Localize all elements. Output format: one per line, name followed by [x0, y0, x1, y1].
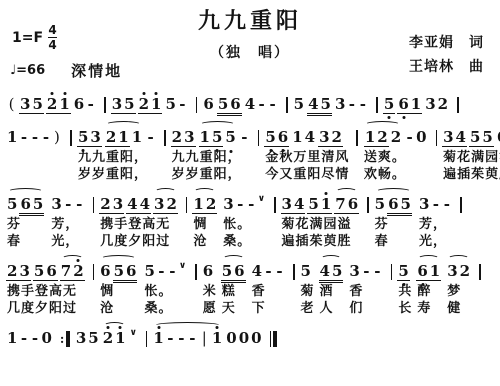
measure-unit: 32梦健 [445, 253, 472, 317]
dash: - [187, 330, 198, 347]
notes-line: 235672 [5, 253, 86, 283]
music-system-3: 565芬春3--芳，光，234432携手登高无几度夕阳过12惆沧3--∨怅。桑。… [5, 186, 495, 250]
measure-unit: 23155-九九重阳，岁岁重阳， [170, 119, 251, 183]
note: 3 [50, 196, 62, 213]
note: 2 [6, 263, 18, 280]
dash: - [63, 196, 74, 213]
lyric-line-verse-2: 欢畅。 [362, 166, 429, 183]
bar-line [376, 97, 378, 113]
note: 1 [152, 330, 164, 347]
bar-line [186, 197, 188, 213]
dash: - [167, 263, 178, 280]
notes-line: 3--∨ [221, 186, 267, 216]
dash: - [85, 96, 96, 113]
note-group: 51 [307, 196, 332, 214]
note-group: 44 [126, 196, 151, 214]
note: 3 [281, 196, 293, 213]
parenthesis: ( [6, 96, 17, 113]
measure-unit: (35216- [5, 86, 97, 116]
bar-line [479, 264, 481, 280]
measure-unit: 234432携手登高无几度夕阳过 [98, 186, 179, 250]
lyric-line-verse-2: 天 [220, 300, 247, 317]
credits: 李亚娟 词 王培林 曲 [409, 32, 484, 80]
note: 2 [165, 196, 177, 213]
lyric-line-verse-2: 几度夕阳过 [98, 233, 179, 250]
note: 1 [6, 129, 18, 146]
note: 3 [442, 129, 454, 146]
note: 3 [19, 96, 31, 113]
measure-unit: 12惆沧 [191, 186, 218, 250]
dash: - [165, 330, 176, 347]
notes-line: 3-- [347, 253, 383, 283]
measure-unit: 35215- [110, 86, 189, 116]
note: 4 [319, 263, 331, 280]
note: 2 [459, 263, 471, 280]
note: 5 [211, 129, 223, 146]
breath-mark: ∨ [178, 262, 187, 280]
note: 3 [183, 129, 195, 146]
note-group: - [239, 129, 250, 146]
note: 5 [31, 96, 43, 113]
dash: - [18, 330, 29, 347]
measure-unit: 3--∨怅。桑。 [221, 186, 267, 250]
slur-group: 155 [198, 129, 237, 147]
notes-line: 53211- [76, 119, 157, 149]
measure-unit: 56糕天 [220, 253, 247, 317]
note: 1 [320, 196, 332, 213]
lyric-line-verse-2: 老 [299, 300, 315, 317]
bar-line [356, 130, 358, 146]
expression-marking: 深情地 [71, 60, 122, 81]
note: 5 [469, 129, 481, 146]
measure-unit: 5--∨怅。桑。 [142, 253, 188, 317]
lyric-line-verse-2: 愿 [201, 300, 217, 317]
note: 1 [429, 263, 441, 280]
note-group: 5 [293, 96, 305, 113]
note-group: 61 [397, 96, 422, 114]
notes-line: 12 [191, 186, 218, 216]
dash: - [274, 263, 285, 280]
note-group: 56 [264, 129, 289, 147]
notes-line: 1---) [5, 119, 63, 149]
music-system-5: 1--0:3521∨1---|1000 [5, 320, 495, 350]
bar-line [164, 130, 166, 146]
dash: - [239, 129, 250, 146]
score: (35216-35215-6564--5453--561321---)53211… [0, 84, 500, 350]
dash: - [145, 129, 156, 146]
notes-line: 32 [445, 253, 472, 283]
note: 5 [87, 330, 99, 347]
note: 4 [251, 263, 263, 280]
music-system-1: (35216-35215-6564--5453--56132 [5, 86, 495, 116]
note: 3 [418, 196, 430, 213]
note: 5 [374, 196, 386, 216]
note: 5 [293, 96, 305, 113]
note: 0 [225, 330, 237, 347]
note-group: 23 [171, 129, 196, 147]
lyric-line-verse-1: 芳， [417, 216, 453, 233]
note-group: 32 [424, 96, 449, 113]
note: 6 [19, 196, 31, 213]
note: 1 [199, 129, 211, 146]
note: 1 [364, 129, 376, 146]
note: 2 [205, 196, 217, 213]
notes-line: 5 [396, 253, 412, 283]
note-group: 3-- [50, 196, 84, 213]
lyric-line-verse-2: 长 [396, 300, 412, 317]
note-group: 5 [397, 263, 409, 281]
note: 6 [496, 129, 500, 146]
lyric-line-verse-1: 米 [201, 283, 217, 300]
note: 2 [138, 96, 150, 113]
note: 4 [455, 129, 467, 146]
notes-line: 5453-- [292, 86, 370, 116]
lyric-line-verse-1: 九九重阳， [170, 149, 251, 166]
note-group: 34 [442, 129, 467, 147]
measure-unit: 6米愿 [201, 253, 217, 317]
note-group: 35 [111, 96, 136, 114]
dash: - [18, 129, 29, 146]
note: 0 [40, 330, 52, 347]
dash: - [246, 196, 257, 213]
note-group: 5 [300, 263, 312, 280]
note: 6 [397, 96, 409, 113]
dash: - [430, 196, 441, 213]
note-group: 21 [46, 96, 71, 114]
dash: - [29, 330, 40, 347]
lyric-line-verse-1: 怅。 [142, 283, 188, 300]
measure-unit: 4--香下 [250, 253, 286, 317]
note-group: 45 [307, 96, 332, 116]
lyric-line-verse-1: 酒 [318, 283, 345, 300]
note: 3 [348, 263, 360, 280]
lyric-line-verse-1: 糕 [220, 283, 247, 300]
note: 5 [400, 196, 412, 213]
note-group: 5 [383, 96, 395, 114]
bar-line [93, 264, 95, 280]
note-group: 65 [387, 196, 412, 216]
note-group: 6 [202, 96, 214, 113]
note: 1 [291, 129, 303, 146]
lyric-line-verse-1: 香 [250, 283, 286, 300]
note: 3 [446, 263, 458, 280]
note-group: 3-- [418, 196, 452, 213]
measure-unit: 3--芳，光， [49, 186, 85, 250]
note: 5 [33, 263, 45, 280]
slur-group: 656 [99, 263, 138, 283]
note-group: 3-- [348, 263, 382, 280]
tempo-marking: ♩=66 [10, 63, 45, 78]
slur-group: 122 [363, 129, 402, 147]
note: 6 [233, 263, 245, 280]
bar-line [460, 197, 462, 213]
measure-unit: 5菊老 [299, 253, 315, 317]
breath-mark: ∨ [129, 329, 138, 338]
notes-line: (35216- [5, 86, 97, 116]
note: 5 [397, 263, 409, 280]
dash: - [267, 96, 278, 113]
dash: - [176, 330, 187, 347]
slur-group: 61 [416, 263, 441, 281]
notes-line: 561432 [263, 119, 349, 149]
notes-line: 6 [201, 253, 217, 283]
note: 2 [105, 129, 117, 146]
note-group: 15 [199, 129, 224, 147]
measure-unit: 34556菊花满园溢遍插茱萸胜 [441, 119, 500, 183]
note: 4 [304, 129, 316, 146]
bar-line [104, 97, 106, 113]
bar-line [195, 264, 197, 280]
note: 4 [139, 196, 151, 213]
note: 3 [89, 129, 101, 146]
slur-group: 1---|1 [152, 330, 223, 347]
lyric-line-verse-1: 香 [347, 283, 383, 300]
note: 2 [102, 330, 114, 347]
lyric-line-verse-1: 送爽。 [362, 149, 429, 166]
dash: - [357, 96, 368, 113]
measure-unit: 561432金秋万里清风今又重阳尽情 [263, 119, 349, 183]
note-group: 56 [217, 96, 242, 116]
note: 1 [211, 330, 223, 347]
bar-line [286, 97, 288, 113]
note: 6 [202, 96, 214, 113]
note: 6 [347, 196, 359, 213]
note: 7 [60, 263, 72, 280]
measure-unit: 565芬春 [5, 186, 46, 250]
lyric-line-verse-1: 携手登高无 [98, 216, 179, 233]
notes-line: 122-0 [362, 119, 429, 149]
repeat-bar-line: : [60, 331, 70, 347]
note: 6 [416, 263, 428, 280]
measure-unit: 345176菊花满园溢遍插茱萸胜 [280, 186, 361, 250]
note-group: 53 [77, 129, 102, 147]
note: 3 [112, 196, 124, 213]
measure-unit: 5共长 [396, 253, 412, 317]
bar-line [367, 197, 369, 213]
breath-mark: ∨ [257, 195, 266, 213]
note: 3 [334, 96, 346, 113]
bar-line [258, 130, 260, 146]
notes-line: 45 [318, 253, 345, 283]
note: 5 [481, 129, 493, 146]
notes-line: 1--0 [5, 320, 54, 350]
lyric-line-verse-2: 沧 [98, 300, 139, 317]
lyric-line-verse-1: 菊花满园溢 [441, 149, 500, 166]
note-group: 23 [99, 196, 124, 214]
note: 2 [72, 263, 84, 280]
note-group: -0 [404, 129, 427, 146]
dash: - [74, 196, 85, 213]
note-group: 35 [19, 96, 44, 114]
thick-bar [66, 331, 70, 347]
note-group: 3-- [334, 96, 368, 113]
bar-line [93, 197, 95, 213]
notes-line: 1---|1000 [151, 320, 263, 350]
dash: - [263, 263, 274, 280]
note: 1 [6, 330, 18, 347]
lyric-line-verse-1: 携手登高无 [5, 283, 86, 300]
lyric-line-verse-2 [5, 166, 63, 183]
note-group: 4-- [251, 263, 285, 280]
note-group: 5- [164, 96, 187, 113]
notes-line: 6564-- [201, 86, 279, 116]
note: 2 [331, 129, 343, 146]
measure-unit: 5453-- [292, 86, 370, 116]
bar-line [391, 264, 393, 280]
bar-line [274, 197, 276, 213]
note: 4 [293, 196, 305, 213]
note-group: 35 [75, 330, 100, 347]
lyric-line-verse-2: 沧 [191, 233, 218, 250]
bar-line [146, 331, 148, 347]
note: 5 [307, 196, 319, 213]
note: 0 [250, 330, 262, 347]
dash: - [346, 96, 357, 113]
note: 6 [125, 263, 137, 280]
note: 3 [318, 129, 330, 146]
note: 1 [117, 129, 129, 146]
music-system-2: 1---)53211-九九重阳，岁岁重阳，23155-九九重阳，岁岁重阳，561… [5, 119, 495, 183]
lyric-line-verse-1: 梦 [445, 283, 472, 300]
note-group: 14 [291, 129, 316, 146]
notes-line: 34556 [441, 119, 500, 149]
note: 2 [390, 129, 402, 147]
notes-line: 35215- [110, 86, 189, 116]
music-system-4: 235672携手登高无几度夕阳过656惆沧5--∨怅。桑。6米愿56糕天4--香… [5, 253, 495, 317]
note: 5 [320, 96, 332, 113]
notes-line: 3521∨ [74, 320, 139, 350]
lyric-line-verse-2: 健 [445, 300, 472, 317]
measure-unit: 1--0 [5, 320, 54, 350]
note: 5 [123, 96, 135, 113]
note: 6 [277, 129, 289, 146]
note-group: 6 [496, 129, 500, 146]
lyric-line-verse-1: 惆 [98, 283, 139, 300]
bar-line [457, 97, 459, 113]
sheet-music-page: 1=F 4 4 ♩=66 深情地 九九重阳 （独 唱） 李亚娟 词 王培林 曲 … [0, 0, 500, 386]
note: 5 [143, 263, 155, 280]
lyric-line-verse-2: 下 [250, 300, 286, 317]
dash: - [372, 263, 383, 280]
note: 1 [192, 196, 204, 213]
measure-unit: 53211-九九重阳，岁岁重阳， [76, 119, 157, 183]
slur-group: 21 [102, 330, 127, 347]
note: 3 [111, 96, 123, 113]
note: 2 [99, 196, 111, 213]
bar-line [436, 130, 438, 146]
notes-line: 3-- [49, 186, 85, 216]
note: 5 [300, 263, 312, 280]
note: 4 [244, 96, 256, 113]
slur-group: 565 [6, 196, 45, 216]
note: 6 [99, 263, 111, 283]
note: 5 [164, 96, 176, 113]
dash: - [361, 263, 372, 280]
note-group: 4-- [244, 96, 278, 113]
note: 4 [307, 96, 319, 113]
note: 5 [264, 129, 276, 146]
note: 1 [114, 330, 126, 347]
note-group: 56 [113, 263, 138, 283]
dash: - [29, 129, 40, 146]
dash: - [156, 263, 167, 280]
note: 3 [222, 196, 234, 213]
note: 1 [410, 96, 422, 113]
slur-group: 12 [192, 196, 217, 214]
lyric-line-verse-2: 岁岁重阳， [76, 166, 157, 183]
measure-unit: 122-0送爽。欢畅。 [362, 119, 429, 183]
lyric-line-verse-2: 光， [49, 233, 85, 250]
note: 6 [73, 96, 85, 113]
dash: - [177, 96, 188, 113]
notes-line: 23155- [170, 119, 251, 149]
note: 4 [126, 196, 138, 213]
slur-group: 32 [446, 263, 471, 280]
dash: - [404, 129, 415, 146]
note: 1 [150, 96, 162, 113]
note: 5 [113, 263, 125, 280]
lyric-line-verse-1: 怅。 [221, 216, 267, 233]
measure-unit: 1---) [5, 119, 63, 183]
note-group: 21 [105, 129, 130, 147]
note: 7 [334, 196, 346, 213]
note: 5 [224, 129, 236, 147]
measure-unit: 1---|1000 [151, 320, 263, 350]
lyric-line-verse-2: 遍插茱萸胜 [441, 166, 500, 183]
lyric-line-verse-2: 光， [417, 233, 453, 250]
note-group: 3--∨ [222, 196, 266, 213]
lyric-line-verse-2: 桑。 [221, 233, 267, 250]
measure-unit: 61醉寿 [415, 253, 442, 317]
lyric-line-verse-1: 金秋万里清风 [263, 149, 349, 166]
note: 3 [153, 196, 165, 213]
thick-bar [273, 331, 277, 347]
lyric-line-verse-2: 几度夕阳过 [5, 300, 86, 317]
notes-line: 5--∨ [142, 253, 188, 283]
song-title: 九九重阳 [0, 4, 500, 35]
lyric-line-verse-1: 芳， [49, 216, 85, 233]
slur-group: 32 [153, 196, 178, 214]
note: 0 [238, 330, 250, 347]
lyric-line-verse-2: 寿 [415, 300, 442, 317]
notes-line: 3-- [417, 186, 453, 216]
note: 5 [6, 196, 18, 216]
lyric-line-verse-1: 菊 [299, 283, 315, 300]
lyric-line-verse-2: 人 [318, 300, 345, 317]
measure-unit: 656惆沧 [98, 253, 139, 317]
note: 5 [217, 96, 229, 113]
note: 5 [331, 263, 343, 280]
note: 6 [202, 263, 214, 280]
lyric-line-verse-1: 芬 [373, 216, 414, 233]
note: 2 [46, 96, 58, 113]
slur-group: 76 [334, 196, 359, 214]
dash: - [256, 96, 267, 113]
note: 1 [58, 96, 70, 113]
note-group: 23 [6, 263, 31, 281]
lyric-line-verse-2: 桑。 [142, 300, 188, 317]
note: 5 [383, 96, 395, 113]
note: 2 [171, 129, 183, 146]
measure-unit: 3521∨ [74, 320, 139, 350]
measure-unit: 56132 [382, 86, 450, 116]
note-group: 1--0 [6, 330, 53, 347]
note-group: 000 [225, 330, 262, 347]
lyric-line-verse-1: 惆 [191, 216, 218, 233]
notes-line: 234432 [98, 186, 179, 216]
note: 2 [376, 129, 388, 146]
note-group: 6 [202, 263, 214, 280]
